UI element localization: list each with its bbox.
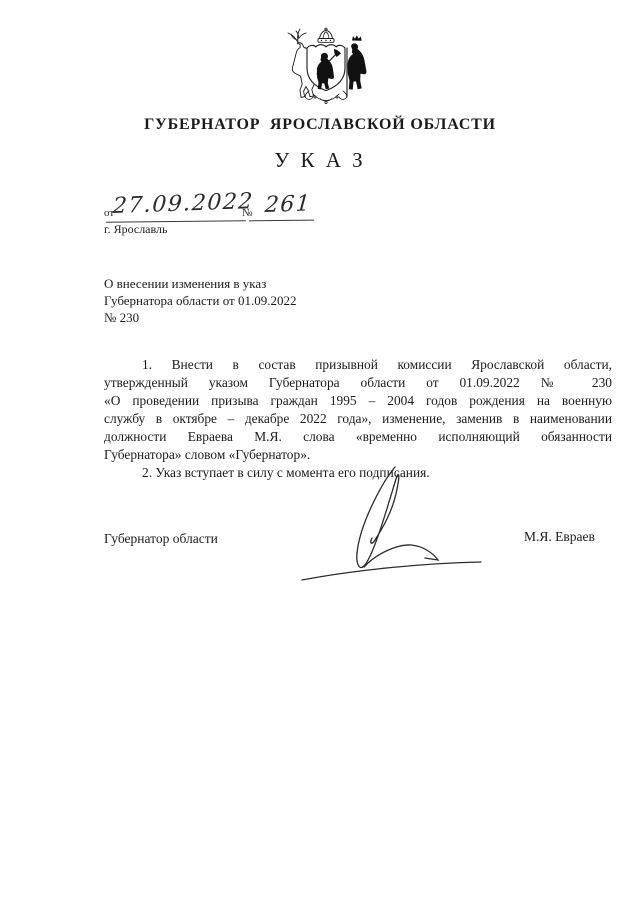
decree-body: 1. Внести в состав призывной комиссии Яр…: [104, 356, 612, 482]
subject-line: Губернатора области от 01.09.2022: [104, 292, 296, 309]
yaroslavl-coat-of-arms-icon: [282, 27, 372, 107]
signatory-name: М.Я. Евраев: [524, 529, 595, 545]
deer-supporter: [288, 29, 306, 43]
bear-crown: [352, 35, 362, 41]
date-number-line: от 27.09.2022 № 261: [0, 196, 640, 236]
subject-line: О внесении изменения в указ: [104, 275, 296, 292]
document-type-title: У К А З: [0, 148, 640, 173]
body-line: службу в октябре – декабре 2022 года», и…: [104, 410, 612, 428]
body-line: Губернатора» словом «Губернатор».: [104, 446, 612, 464]
subject-line: № 230: [104, 309, 296, 326]
body-line: «О проведении призыва граждан 1995 – 200…: [104, 392, 612, 410]
body-line: утвержденный указом Губернатора области …: [104, 374, 612, 392]
subject-block: О внесении изменения в указ Губернатора …: [104, 275, 296, 326]
body-line: 2. Указ вступает в силу с момента его по…: [104, 464, 612, 482]
body-line: должности Евраева М.Я. слова «временно и…: [104, 428, 612, 446]
body-line: 1. Внести в состав призывной комиссии Яр…: [104, 356, 612, 374]
signatory-position-label: Губернатор области: [104, 531, 218, 547]
bear-supporter: [348, 43, 367, 89]
letterhead-title: ГУБЕРНАТОР ЯРОСЛАВСКОЙ ОБЛАСТИ: [0, 116, 640, 134]
decree-document-page: ГУБЕРНАТОР ЯРОСЛАВСКОЙ ОБЛАСТИ У К А З о…: [0, 0, 640, 905]
city-label: г. Ярославль: [104, 222, 167, 237]
imperial-crown: [318, 28, 334, 43]
number-underline: [249, 220, 314, 222]
handwritten-number: 261: [264, 191, 312, 218]
handwritten-date: 27.09.2022: [112, 189, 255, 219]
number-sign-label: №: [242, 207, 253, 219]
